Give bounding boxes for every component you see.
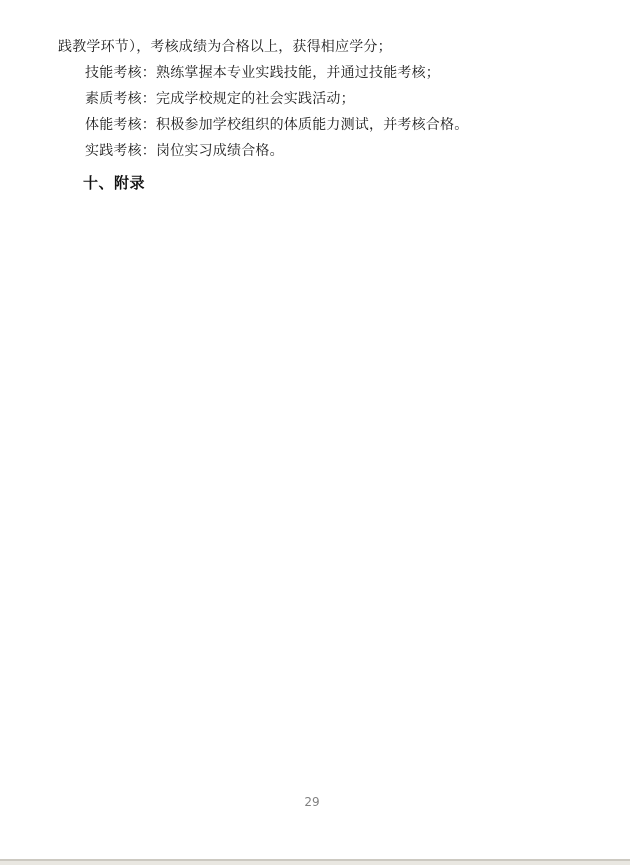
page-number: 29 xyxy=(0,795,624,809)
paragraph-physical-assessment: 体能考核：积极参加学校组织的体质能力测试，并考核合格。 xyxy=(58,112,594,138)
section-heading-appendix: 十、附录 xyxy=(83,170,594,196)
document-page: 践教学环节），考核成绩为合格以上，获得相应学分； 技能考核：熟练掌握本专业实践技… xyxy=(0,0,630,865)
document-body: 践教学环节），考核成绩为合格以上，获得相应学分； 技能考核：熟练掌握本专业实践技… xyxy=(58,34,594,196)
paragraph-continuation: 践教学环节），考核成绩为合格以上，获得相应学分； xyxy=(58,34,594,60)
paragraph-skill-assessment: 技能考核：熟练掌握本专业实践技能，并通过技能考核； xyxy=(58,60,594,86)
page-bottom-edge xyxy=(0,859,630,865)
paragraph-quality-assessment: 素质考核：完成学校规定的社会实践活动； xyxy=(58,86,594,112)
paragraph-practice-assessment: 实践考核：岗位实习成绩合格。 xyxy=(58,138,594,164)
